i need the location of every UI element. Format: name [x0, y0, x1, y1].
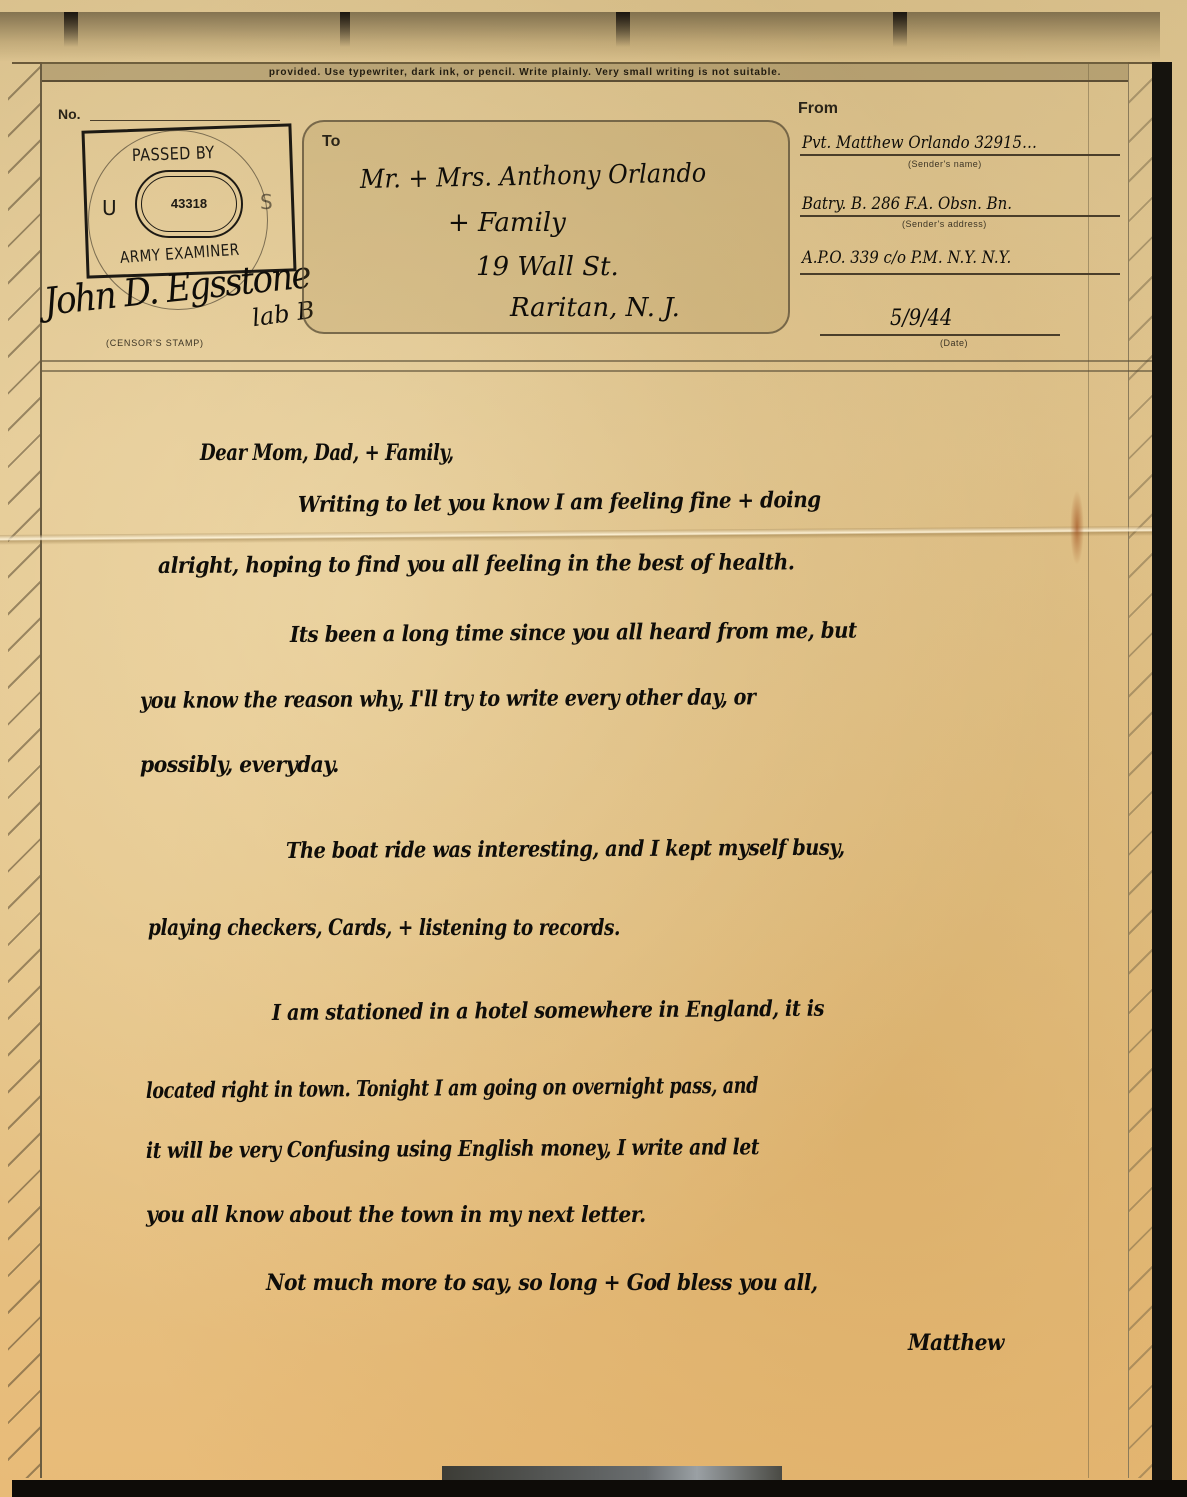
- letter-line: Its been a long time since you all heard…: [290, 618, 857, 648]
- letter-line: located right in town. Tonight I am goin…: [146, 1073, 758, 1104]
- examiner-number: 43318: [141, 176, 237, 232]
- date-caption: (Date): [940, 338, 968, 348]
- sender-apo-line: [800, 273, 1120, 275]
- scanner-top-strip: [0, 12, 1160, 62]
- letter-salutation: Dear Mom, Dad, + Family,: [200, 440, 454, 466]
- sender-address-line: [800, 215, 1120, 217]
- recipient-family: + Family: [448, 208, 566, 238]
- sender-name-line: [800, 154, 1120, 156]
- letter-line: I am stationed in a hotel somewhere in E…: [272, 996, 824, 1026]
- sender-apo: A.P.O. 339 c/o P.M. N.Y. N.Y.: [802, 248, 1011, 268]
- letter-line: alright, hoping to find you all feeling …: [158, 549, 795, 579]
- letter-date: 5/9/44: [890, 306, 952, 331]
- letter-line: The boat ride was interesting, and I kep…: [286, 835, 845, 864]
- letter-signature: Matthew: [908, 1330, 1004, 1356]
- scanner-right-edge: [1152, 62, 1172, 1482]
- sender-name: Pvt. Matthew Orlando 32915…: [802, 133, 1037, 153]
- sender-address: Batry. B. 286 F.A. Obsn. Bn.: [802, 194, 1012, 214]
- letter-line: you all know about the town in my next l…: [146, 1202, 646, 1228]
- scan-artifact: [616, 12, 630, 47]
- number-label: No.: [58, 106, 81, 122]
- scan-artifact: [64, 12, 78, 47]
- sender-address-caption: (Sender's address): [902, 219, 987, 229]
- instructions-band: provided. Use typewriter, dark ink, or p…: [42, 62, 1128, 82]
- instructions-text: provided. Use typewriter, dark ink, or p…: [269, 67, 781, 78]
- scan-artifact: [893, 12, 907, 47]
- letter-line: it will be very Confusing using English …: [146, 1134, 759, 1164]
- letter-line: playing checkers, Cards, + listening to …: [148, 915, 620, 941]
- stamp-passed-by: PASSED BY: [132, 143, 215, 166]
- header-divider: [42, 370, 1152, 372]
- recipient-city: Raritan, N. J.: [510, 293, 680, 323]
- header-divider: [42, 360, 1152, 362]
- letter-line: Writing to let you know I am feeling fin…: [298, 487, 821, 518]
- letter-line: Not much more to say, so long + God bles…: [266, 1270, 818, 1296]
- sender-name-caption: (Sender's name): [908, 159, 982, 169]
- recipient-street: 19 Wall St.: [476, 252, 619, 282]
- letter-line: you know the reason why, I'll try to wri…: [140, 684, 756, 714]
- to-label: To: [322, 133, 340, 151]
- from-label: From: [798, 100, 838, 118]
- letter-line: possibly, everyday.: [140, 752, 339, 778]
- censor-stamp-caption: (CENSOR'S STAMP): [106, 338, 204, 348]
- scan-artifact: [340, 12, 350, 47]
- stamp-letter-u: U: [102, 196, 117, 220]
- stamp-letter-s: S: [260, 190, 273, 214]
- number-field-line: [90, 120, 280, 121]
- scanner-bottom-edge: [12, 1480, 1187, 1497]
- date-line: [820, 334, 1060, 336]
- staple-rust-mark: [1070, 490, 1084, 565]
